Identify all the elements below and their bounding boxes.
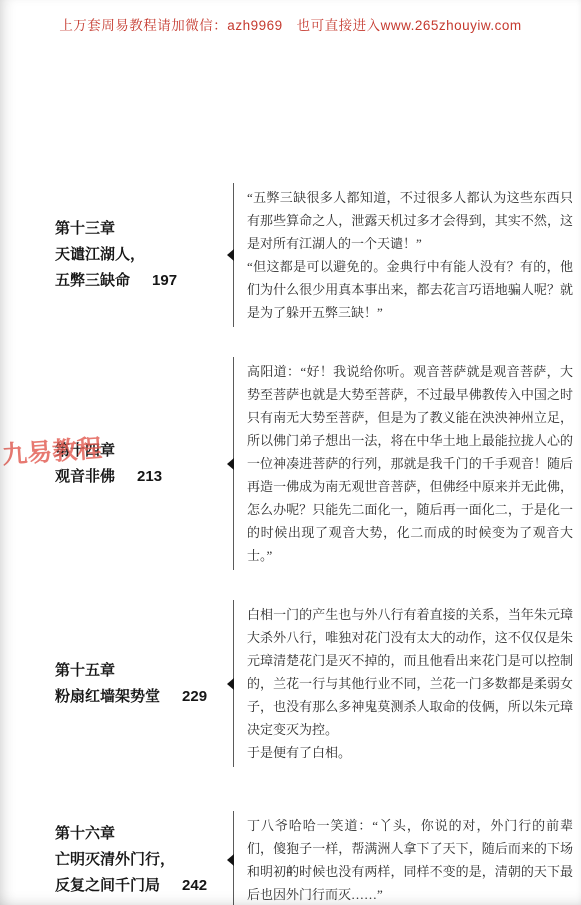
- chapter-row: 第十五章 粉扇红墙架势堂229 白相一门的产生也与外八行有着直接的关系，当年朱元…: [0, 600, 581, 767]
- excerpt-paragraph: “但这都是可以避免的。金典行中有能人没有？有的，他们为什么很少用真本事出来，都去…: [247, 255, 573, 324]
- chapter-page-number: 197: [152, 268, 177, 294]
- page-number: - 4 -: [0, 864, 581, 879]
- chapter-subtitle: 天谴江湖人，: [55, 242, 227, 268]
- watermark-text: 九易教程: [1, 429, 103, 472]
- chapter-title: 反复之间千门局: [55, 877, 160, 894]
- chapter-excerpt: 高阳道：“好！我说给你听。观音菩萨就是观音菩萨，大势至菩萨也就是大势至菩萨，不过…: [233, 357, 573, 570]
- excerpt-paragraph: 高阳道：“好！我说给你听。观音菩萨就是观音菩萨，大势至菩萨也就是大势至菩萨，不过…: [247, 360, 573, 567]
- excerpt-paragraph: “五弊三缺很多人都知道，不过很多人都认为这些东西只有那些算命之人，泄露天机过多才…: [247, 186, 573, 255]
- chapter-page-number: 213: [137, 464, 162, 490]
- chapter-title-line: 粉扇红墙架势堂229: [55, 684, 227, 710]
- chapter-marker-arrow-icon: [227, 678, 234, 690]
- chapter-excerpt: 白相一门的产生也与外八行有着直接的关系，当年朱元璋大杀外八行，唯独对花门没有太大…: [233, 600, 573, 767]
- chapter-title: 观音非佛: [55, 468, 115, 485]
- chapter-excerpt: “五弊三缺很多人都知道，不过很多人都认为这些东西只有那些算命之人，泄露天机过多才…: [233, 183, 573, 327]
- table-of-contents: 第十三章 天谴江湖人， 五弊三缺命197 “五弊三缺很多人都知道，不过很多人都认…: [0, 183, 581, 905]
- header-promo-text: 上万套周易教程请加微信：azh9969 也可直接进入www.265zhouyiw…: [0, 14, 581, 34]
- chapter-number: 第十五章: [55, 658, 227, 684]
- toc-entry: 第十三章 天谴江湖人， 五弊三缺命197: [0, 216, 233, 294]
- chapter-title-line: 五弊三缺命197: [55, 268, 227, 294]
- chapter-excerpt: 丁八爷哈哈一笑道：“丫头，你说的对，外门行的前辈们，傻狍子一样，帮满洲人拿下了天…: [233, 811, 573, 905]
- toc-entry: 第十六章 亡明灭清外门行， 反复之间千门局242: [0, 821, 233, 899]
- chapter-number: 第十三章: [55, 216, 227, 242]
- chapter-title-line: 观音非佛213: [55, 464, 227, 490]
- toc-entry: 第十五章 粉扇红墙架势堂229: [0, 658, 233, 710]
- excerpt-paragraph: 丁八爷哈哈一笑道：“丫头，你说的对，外门行的前辈们，傻狍子一样，帮满洲人拿下了天…: [247, 814, 573, 905]
- chapter-row: 第十六章 亡明灭清外门行， 反复之间千门局242 丁八爷哈哈一笑道：“丫头，你说…: [0, 811, 581, 905]
- chapter-row: 第十三章 天谴江湖人， 五弊三缺命197 “五弊三缺很多人都知道，不过很多人都认…: [0, 183, 581, 327]
- chapter-title: 粉扇红墙架势堂: [55, 688, 160, 705]
- chapter-number: 第十六章: [55, 821, 227, 847]
- chapter-marker-arrow-icon: [227, 249, 234, 261]
- excerpt-paragraph: 于是便有了白相。: [247, 741, 573, 764]
- chapter-page-number: 229: [182, 684, 207, 710]
- chapter-title: 五弊三缺命: [55, 272, 130, 289]
- excerpt-paragraph: 白相一门的产生也与外八行有着直接的关系，当年朱元璋大杀外八行，唯独对花门没有太大…: [247, 603, 573, 741]
- chapter-marker-arrow-icon: [227, 458, 234, 470]
